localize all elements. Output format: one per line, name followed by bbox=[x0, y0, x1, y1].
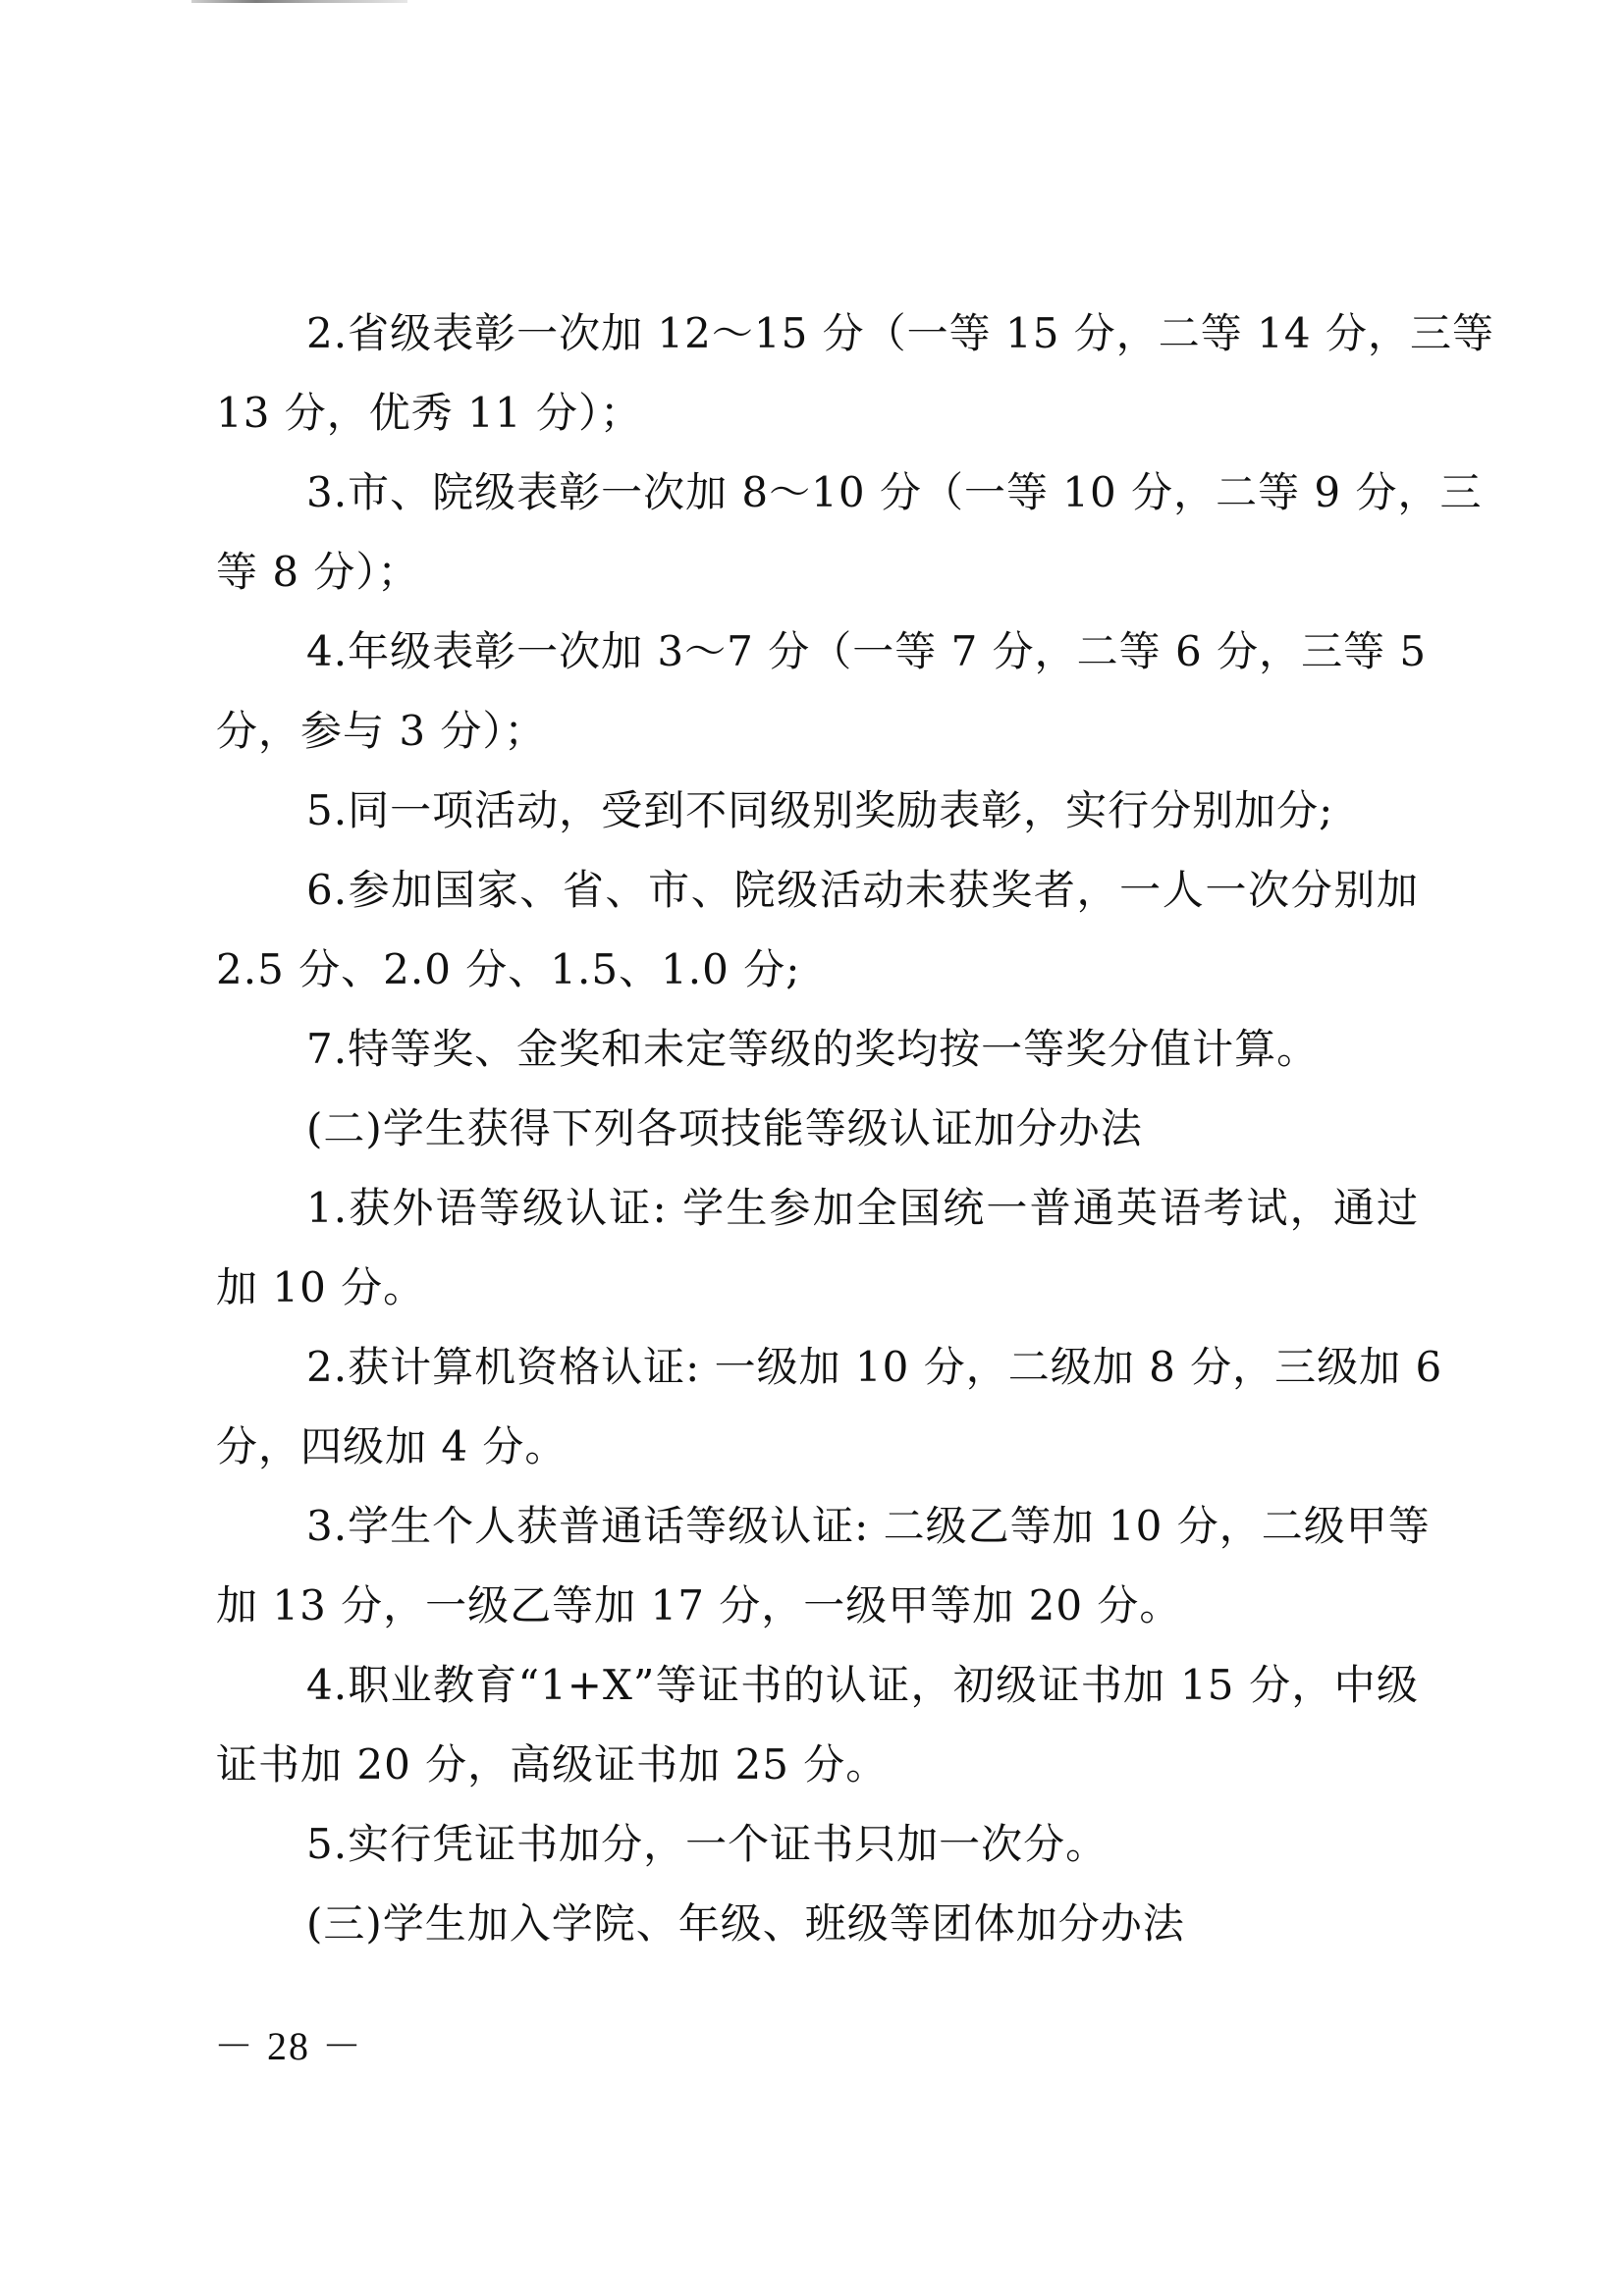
paragraph-line: 4.职业教育“1+X”等证书的认证，初级证书加 15 分，中级 bbox=[306, 1658, 1419, 1713]
paragraph-line: 分，参与 3 分）； bbox=[216, 704, 1419, 759]
paragraph-line: 证书加 20 分，高级证书加 25 分。 bbox=[216, 1737, 1419, 1792]
page-number: － 28 － bbox=[214, 2022, 363, 2071]
paragraph-line: 4.年级表彰一次加 3～7 分（一等 7 分，二等 6 分，三等 5 bbox=[306, 624, 1419, 679]
paragraph-line: 2.获计算机资格认证: 一级加 10 分，二级加 8 分，三级加 6 bbox=[306, 1340, 1419, 1395]
section-heading: (二)学生获得下列各项技能等级认证加分办法 bbox=[306, 1101, 1419, 1156]
section-heading: (三)学生加入学院、年级、班级等团体加分办法 bbox=[306, 1896, 1419, 1951]
scan-artifact bbox=[191, 0, 407, 3]
paragraph-line: 加 10 分。 bbox=[216, 1260, 1419, 1315]
paragraph-line: 5.同一项活动，受到不同级别奖励表彰，实行分别加分; bbox=[306, 783, 1419, 838]
paragraph-line: 1.获外语等级认证: 学生参加全国统一普通英语考试，通过 bbox=[306, 1181, 1419, 1236]
paragraph-line: 等 8 分）； bbox=[216, 545, 1419, 600]
paragraph-line: 13 分，优秀 11 分）； bbox=[216, 386, 1419, 441]
paragraph-line: 5.实行凭证书加分，一个证书只加一次分。 bbox=[306, 1817, 1419, 1872]
document-page: 2.省级表彰一次加 12～15 分（一等 15 分，二等 14 分，三等 13 … bbox=[0, 0, 1623, 2296]
paragraph-line: 加 13 分，一级乙等加 17 分，一级甲等加 20 分。 bbox=[216, 1578, 1419, 1633]
paragraph-line: 分，四级加 4 分。 bbox=[216, 1419, 1419, 1474]
paragraph-line: 3.学生个人获普通话等级认证: 二级乙等加 10 分，二级甲等 bbox=[306, 1499, 1419, 1554]
paragraph-line: 2.5 分、2.0 分、1.5、1.0 分; bbox=[216, 942, 1419, 997]
paragraph-line: 7.特等奖、金奖和未定等级的奖均按一等奖分值计算。 bbox=[306, 1022, 1419, 1077]
paragraph-line: 3.市、院级表彰一次加 8～10 分（一等 10 分，二等 9 分，三 bbox=[306, 465, 1419, 520]
paragraph-line: 2.省级表彰一次加 12～15 分（一等 15 分，二等 14 分，三等 bbox=[306, 306, 1419, 361]
paragraph-line: 6.参加国家、省、市、院级活动未获奖者，一人一次分别加 bbox=[306, 863, 1419, 918]
